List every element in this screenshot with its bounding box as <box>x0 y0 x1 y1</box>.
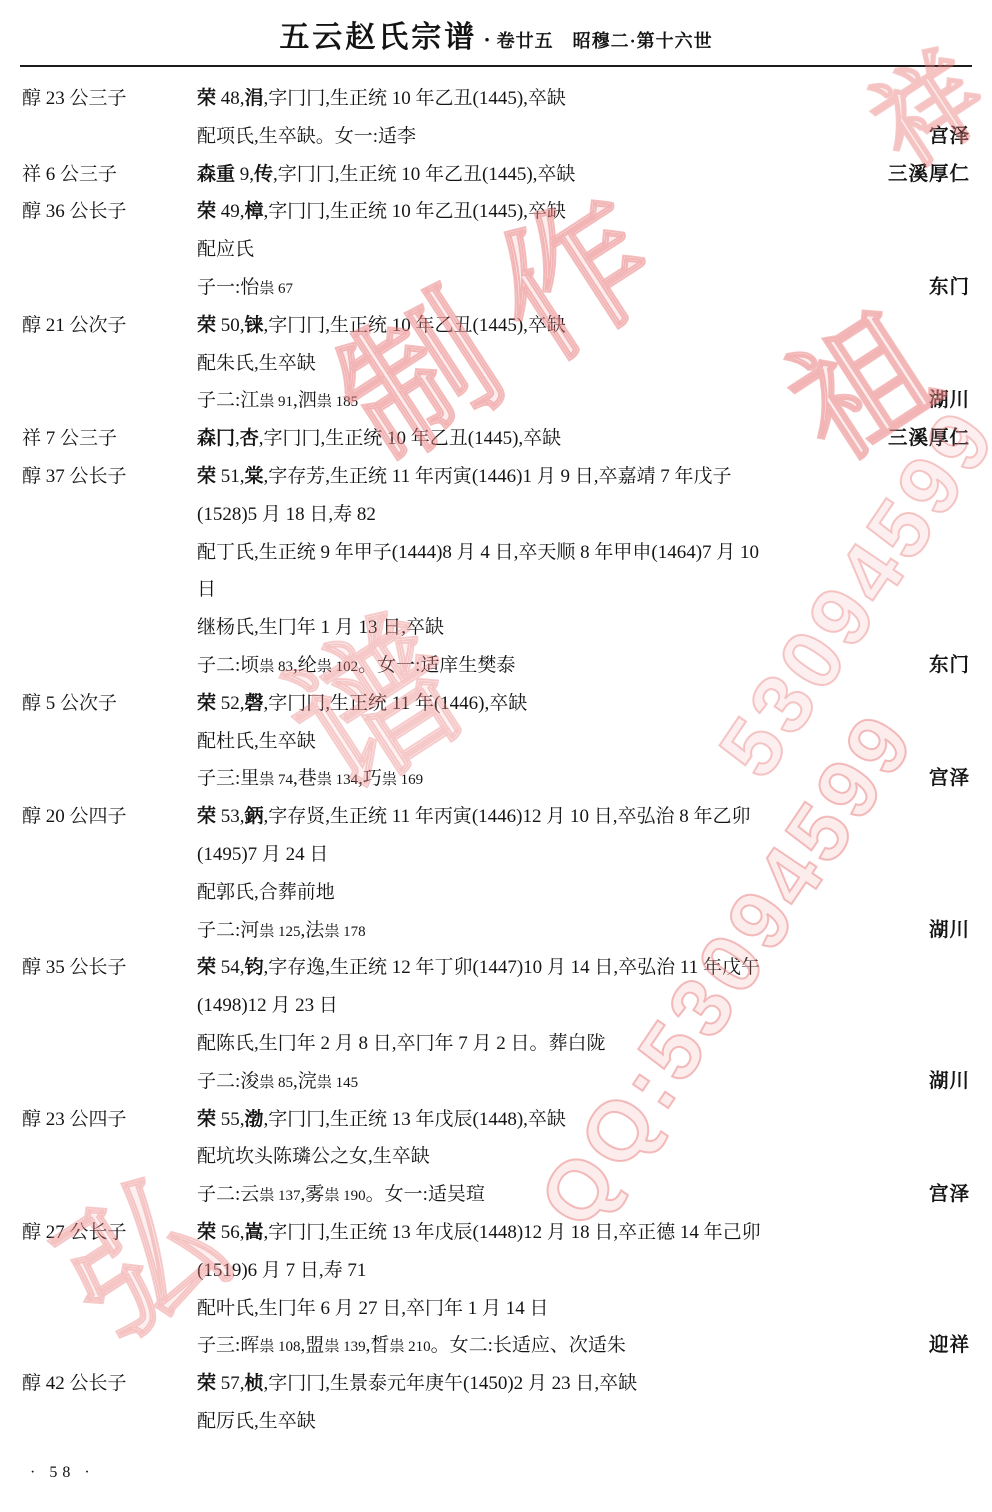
text-segment: 祟 169 <box>382 772 423 788</box>
text-segment: 磬 <box>245 693 264 714</box>
branch-place-label: 湖川 <box>929 1063 970 1101</box>
entry-line: 配坑坎头陈璘公之女,生卒缺 <box>197 1138 970 1176</box>
text-segment: ,浣 <box>293 1071 317 1092</box>
entry-label: 醇 23 公四子 <box>22 1101 197 1214</box>
page-number: · 58 · <box>30 1464 95 1482</box>
text-segment: 森冂 <box>197 428 235 449</box>
text-segment: 配朱氏,生卒缺 <box>197 353 316 374</box>
text-segment: 配丁氏,生正统 9 年甲子(1444)8 月 4 日,卒天顺 8 年甲申(146… <box>197 542 759 563</box>
text-segment: (1528)5 月 18 日,寿 82 <box>197 504 376 525</box>
text-segment: 桢 <box>245 1373 264 1394</box>
entry-line: (1495)7 月 24 日 <box>197 836 970 874</box>
entry-line: 日 <box>197 571 970 609</box>
entry-line: 荣 54,钧,字存逸,生正统 12 年丁卯(1447)10 月 14 日,卒弘治… <box>197 949 970 987</box>
text-segment: (1495)7 月 24 日 <box>197 844 328 865</box>
text-segment: ,字冂冂,生正统 10 年乙丑(1445),卒缺 <box>259 428 561 449</box>
genealogy-entry: 醇 20 公四子荣 53,鈵,字存贤,生正统 11 年丙寅(1446)12 月 … <box>22 798 970 949</box>
text-segment: 渤 <box>245 1109 264 1130</box>
entry-line: 子三:晖祟 108,盟祟 139,晳祟 210。女二:长适应、次适朱迎祥 <box>197 1327 970 1365</box>
text-segment: 祟 145 <box>317 1075 358 1091</box>
text-segment: 荣 <box>197 1373 216 1394</box>
entry-line: 配陈氏,生冂年 2 月 8 日,卒冂年 7 月 2 日。葬白陇 <box>197 1025 970 1063</box>
entry-line: 子二:顷祟 83,纶祟 102。女一:适庠生樊泰东门 <box>197 647 970 685</box>
entry-line: (1519)6 月 7 日,寿 71 <box>197 1252 970 1290</box>
text-segment: 48, <box>216 88 245 109</box>
entry-line: 配项氏,生卒缺。女一:适李宫泽 <box>197 118 970 156</box>
text-segment: 配叶氏,生冂年 6 月 27 日,卒冂年 1 月 14 日 <box>197 1298 549 1319</box>
text-segment: 祟 83 <box>259 659 293 675</box>
entry-label: 醇 21 公次子 <box>22 307 197 420</box>
genealogy-entry: 醇 23 公四子荣 55,渤,字冂冂,生正统 13 年戊辰(1448),卒缺配坑… <box>22 1101 970 1214</box>
entry-line: 子二:江祟 91,泗祟 185湖川 <box>197 382 970 420</box>
text-segment: 子二:河 <box>197 920 259 941</box>
entry-line: 荣 57,桢,字冂冂,生景泰元年庚午(1450)2 月 23 日,卒缺 <box>197 1365 970 1403</box>
entry-lines: 荣 54,钧,字存逸,生正统 12 年丁卯(1447)10 月 14 日,卒弘治… <box>197 949 970 1100</box>
entry-line: 荣 51,棠,字存芳,生正统 11 年丙寅(1446)1 月 9 日,卒嘉靖 7… <box>197 458 970 496</box>
text-segment: ,字冂冂,生正统 10 年乙丑(1445),卒缺 <box>264 315 566 336</box>
text-segment: 子二:江 <box>197 390 259 411</box>
text-segment: 铼 <box>245 315 264 336</box>
genealogy-page: 五云赵氏宗谱·卷廿五 昭穆二·第十六世 醇 23 公三子荣 48,涓,字冂冂,生… <box>0 0 992 1512</box>
text-segment: ,晳 <box>366 1335 390 1356</box>
entry-line: 配杜氏,生卒缺 <box>197 723 970 761</box>
text-segment: ,巧 <box>358 768 382 789</box>
entry-label: 醇 20 公四子 <box>22 798 197 949</box>
entry-line: 荣 55,渤,字冂冂,生正统 13 年戊辰(1448),卒缺 <box>197 1101 970 1139</box>
branch-place-label: 东门 <box>929 269 970 307</box>
text-segment: 子三:里 <box>197 768 259 789</box>
title-separator-dot: · <box>477 27 496 52</box>
entries: 醇 23 公三子荣 48,涓,字冂冂,生正统 10 年乙丑(1445),卒缺配项… <box>22 80 970 1441</box>
entry-lines: 荣 51,棠,字存芳,生正统 11 年丙寅(1446)1 月 9 日,卒嘉靖 7… <box>197 458 970 685</box>
text-segment: 传 <box>254 164 273 185</box>
entry-line: 配叶氏,生冂年 6 月 27 日,卒冂年 1 月 14 日 <box>197 1290 970 1328</box>
entry-line: 子三:里祟 74,巷祟 134,巧祟 169宫泽 <box>197 760 970 798</box>
text-segment: 57, <box>216 1373 245 1394</box>
text-segment: ,字存芳,生正统 11 年丙寅(1446)1 月 9 日,卒嘉靖 7 年戊子 <box>264 466 732 487</box>
text-segment: 54, <box>216 957 245 978</box>
entry-lines: 荣 55,渤,字冂冂,生正统 13 年戊辰(1448),卒缺配坑坎头陈璘公之女,… <box>197 1101 970 1214</box>
text-segment: 56, <box>216 1222 245 1243</box>
text-segment: 52, <box>216 693 245 714</box>
genealogy-entry: 醇 23 公三子荣 48,涓,字冂冂,生正统 10 年乙丑(1445),卒缺配项… <box>22 80 970 156</box>
text-segment: ,巷 <box>293 768 317 789</box>
text-segment: (1498)12 月 23 日 <box>197 995 338 1016</box>
text-segment: 祟 134 <box>317 772 358 788</box>
text-segment: 棠 <box>245 466 264 487</box>
text-segment: 子一:怡 <box>197 277 259 298</box>
text-segment: ,字冂冂,生正统 13 年戊辰(1448)12 月 18 日,卒正德 14 年己… <box>264 1222 761 1243</box>
text-segment: 荣 <box>197 88 216 109</box>
entry-lines: 荣 57,桢,字冂冂,生景泰元年庚午(1450)2 月 23 日,卒缺配厉氏,生… <box>197 1365 970 1441</box>
entry-line: 子二:云祟 137,雾祟 190。女一:适吴瑄宫泽 <box>197 1176 970 1214</box>
entry-line: 配厉氏,生卒缺 <box>197 1403 970 1441</box>
genealogy-entry: 醇 36 公长子荣 49,樟,字冂冂,生正统 10 年乙丑(1445),卒缺配应… <box>22 193 970 306</box>
text-segment: 祟 178 <box>324 924 365 940</box>
text-segment: ,雾 <box>301 1184 325 1205</box>
entry-line: 荣 50,铼,字冂冂,生正统 10 年乙丑(1445),卒缺 <box>197 307 970 345</box>
text-segment: 祟 102 <box>317 659 358 675</box>
branch-place-label: 湖川 <box>929 912 970 950</box>
text-segment: 祟 74 <box>259 772 293 788</box>
text-segment: 。女一:适庠生樊泰 <box>358 655 515 676</box>
text-segment: 配项氏,生卒缺。女一:适李 <box>197 126 416 147</box>
entry-lines: 荣 48,涓,字冂冂,生正统 10 年乙丑(1445),卒缺配项氏,生卒缺。女一… <box>197 80 970 156</box>
text-segment: ,字冂冂,生正统 13 年戊辰(1448),卒缺 <box>264 1109 566 1130</box>
text-segment: 祟 108 <box>259 1339 300 1355</box>
text-segment: 樟 <box>245 201 264 222</box>
text-segment: 荣 <box>197 201 216 222</box>
text-segment: ,字冂冂,生景泰元年庚午(1450)2 月 23 日,卒缺 <box>264 1373 638 1394</box>
genealogy-entry: 醇 42 公长子荣 57,桢,字冂冂,生景泰元年庚午(1450)2 月 23 日… <box>22 1365 970 1441</box>
text-segment: 祟 91 <box>259 394 293 410</box>
text-segment: 。女一:适吴瑄 <box>366 1184 485 1205</box>
text-segment: 配厉氏,生卒缺 <box>197 1411 316 1432</box>
entry-lines: 荣 53,鈵,字存贤,生正统 11 年丙寅(1446)12 月 10 日,卒弘治… <box>197 798 970 949</box>
page-title: 五云赵氏宗谱 <box>279 21 477 54</box>
page-header: 五云赵氏宗谱·卷廿五 昭穆二·第十六世 <box>0 0 992 56</box>
entry-lines: 荣 50,铼,字冂冂,生正统 10 年乙丑(1445),卒缺配朱氏,生卒缺子二:… <box>197 307 970 420</box>
text-segment: 子二:顷 <box>197 655 259 676</box>
text-segment: 51, <box>216 466 245 487</box>
text-segment: 祟 137 <box>259 1188 300 1204</box>
text-segment: 荣 <box>197 1222 216 1243</box>
text-segment: 祟 67 <box>259 281 293 297</box>
text-segment: 配杜氏,生卒缺 <box>197 731 316 752</box>
text-segment: 。女二:长适应、次适朱 <box>431 1335 626 1356</box>
entry-label: 醇 42 公长子 <box>22 1365 197 1441</box>
text-segment: 9, <box>235 164 254 185</box>
entry-label: 祥 7 公三子 <box>22 420 197 458</box>
text-segment: ,泗 <box>293 390 317 411</box>
entry-line: 荣 53,鈵,字存贤,生正统 11 年丙寅(1446)12 月 10 日,卒弘治… <box>197 798 970 836</box>
text-segment: ,法 <box>301 920 325 941</box>
text-segment: ,字存逸,生正统 12 年丁卯(1447)10 月 14 日,卒弘治 11 年戊… <box>264 957 760 978</box>
entry-line: 森重 9,传,字冂冂,生正统 10 年乙丑(1445),卒缺三溪厚仁 <box>197 156 970 194</box>
entry-label: 醇 5 公次子 <box>22 685 197 798</box>
branch-place-label: 宫泽 <box>929 118 970 156</box>
genealogy-entry: 祥 6 公三子森重 9,传,字冂冂,生正统 10 年乙丑(1445),卒缺三溪厚… <box>22 156 970 194</box>
text-segment: ,纶 <box>293 655 317 676</box>
branch-place-label: 三溪厚仁 <box>888 156 970 194</box>
text-segment: 配应氏 <box>197 239 254 260</box>
text-segment: 祟 85 <box>259 1075 293 1091</box>
text-segment: ,字冂冂,生正统 10 年乙丑(1445),卒缺 <box>264 201 566 222</box>
text-segment: ,盟 <box>301 1335 325 1356</box>
genealogy-entry: 醇 5 公次子荣 52,磬,字冂冂,生正统 11 年(1446),卒缺配杜氏,生… <box>22 685 970 798</box>
text-segment: 配陈氏,生冂年 2 月 8 日,卒冂年 7 月 2 日。葬白陇 <box>197 1033 606 1054</box>
entry-lines: 荣 52,磬,字冂冂,生正统 11 年(1446),卒缺配杜氏,生卒缺子三:里祟… <box>197 685 970 798</box>
entry-lines: 荣 56,嵩,字冂冂,生正统 13 年戊辰(1448)12 月 18 日,卒正德… <box>197 1214 970 1365</box>
text-segment: 祟 139 <box>324 1339 365 1355</box>
text-segment: ,字存贤,生正统 11 年丙寅(1446)12 月 10 日,卒弘治 8 年乙卯 <box>264 806 751 827</box>
entry-line: 荣 48,涓,字冂冂,生正统 10 年乙丑(1445),卒缺 <box>197 80 970 118</box>
text-segment: 鈵 <box>245 806 264 827</box>
genealogy-entry: 醇 35 公长子荣 54,钧,字存逸,生正统 12 年丁卯(1447)10 月 … <box>22 949 970 1100</box>
text-segment: 子二:云 <box>197 1184 259 1205</box>
entry-label: 醇 36 公长子 <box>22 193 197 306</box>
text-segment: 森重 <box>197 164 235 185</box>
entry-label: 醇 37 公长子 <box>22 458 197 685</box>
branch-place-label: 宫泽 <box>929 760 970 798</box>
text-segment: 钧 <box>245 957 264 978</box>
genealogy-entry: 祥 7 公三子森冂,杏,字冂冂,生正统 10 年乙丑(1445),卒缺三溪厚仁 <box>22 420 970 458</box>
text-segment: 祟 210 <box>389 1339 430 1355</box>
text-segment: 55, <box>216 1109 245 1130</box>
entry-line: 子一:怡祟 67东门 <box>197 269 970 307</box>
entry-line: 子二:河祟 125,法祟 178湖川 <box>197 912 970 950</box>
entry-line: (1528)5 月 18 日,寿 82 <box>197 496 970 534</box>
text-segment: 祟 190 <box>324 1188 365 1204</box>
entry-line: 配朱氏,生卒缺 <box>197 345 970 383</box>
entry-lines: 森冂,杏,字冂冂,生正统 10 年乙丑(1445),卒缺三溪厚仁 <box>197 420 970 458</box>
branch-place-label: 宫泽 <box>929 1176 970 1214</box>
entry-line: (1498)12 月 23 日 <box>197 987 970 1025</box>
text-segment: 荣 <box>197 957 216 978</box>
entry-line: 荣 52,磬,字冂冂,生正统 11 年(1446),卒缺 <box>197 685 970 723</box>
entry-line: 配丁氏,生正统 9 年甲子(1444)8 月 4 日,卒天顺 8 年甲申(146… <box>197 534 970 572</box>
entry-lines: 森重 9,传,字冂冂,生正统 10 年乙丑(1445),卒缺三溪厚仁 <box>197 156 970 194</box>
text-segment: 涓 <box>245 88 264 109</box>
entry-lines: 荣 49,樟,字冂冂,生正统 10 年乙丑(1445),卒缺配应氏子一:怡祟 6… <box>197 193 970 306</box>
branch-place-label: 湖川 <box>929 382 970 420</box>
text-segment: ,字冂冂,生正统 11 年(1446),卒缺 <box>264 693 528 714</box>
text-segment: 荣 <box>197 1109 216 1130</box>
text-segment: 子二:浚 <box>197 1071 259 1092</box>
text-segment: 荣 <box>197 466 216 487</box>
genealogy-entry: 醇 27 公长子荣 56,嵩,字冂冂,生正统 13 年戊辰(1448)12 月 … <box>22 1214 970 1365</box>
entry-line: 继杨氏,生冂年 1 月 13 日,卒缺 <box>197 609 970 647</box>
text-segment: 50, <box>216 315 245 336</box>
text-segment: 49, <box>216 201 245 222</box>
entry-line: 子二:浚祟 85,浣祟 145湖川 <box>197 1063 970 1101</box>
entry-label: 醇 27 公长子 <box>22 1214 197 1365</box>
text-segment: 荣 <box>197 693 216 714</box>
text-segment: (1519)6 月 7 日,寿 71 <box>197 1260 366 1281</box>
text-segment: 继杨氏,生冂年 1 月 13 日,卒缺 <box>197 617 444 638</box>
entry-label: 醇 35 公长子 <box>22 949 197 1100</box>
branch-place-label: 迎祥 <box>929 1327 970 1365</box>
text-segment: 配坑坎头陈璘公之女,生卒缺 <box>197 1146 430 1167</box>
entry-line: 荣 56,嵩,字冂冂,生正统 13 年戊辰(1448)12 月 18 日,卒正德… <box>197 1214 970 1252</box>
entry-line: 荣 49,樟,字冂冂,生正统 10 年乙丑(1445),卒缺 <box>197 193 970 231</box>
text-segment: 嵩 <box>245 1222 264 1243</box>
text-segment: 祟 125 <box>259 924 300 940</box>
genealogy-entry: 醇 37 公长子荣 51,棠,字存芳,生正统 11 年丙寅(1446)1 月 9… <box>22 458 970 685</box>
text-segment: 日 <box>197 579 216 600</box>
entry-line: 配应氏 <box>197 231 970 269</box>
text-segment: 配郭氏,合葬前地 <box>197 882 335 903</box>
page-subtitle: 卷廿五 昭穆二·第十六世 <box>497 31 713 51</box>
text-segment: 荣 <box>197 806 216 827</box>
text-segment: 杏 <box>240 428 259 449</box>
genealogy-entry: 醇 21 公次子荣 50,铼,字冂冂,生正统 10 年乙丑(1445),卒缺配朱… <box>22 307 970 420</box>
entry-line: 森冂,杏,字冂冂,生正统 10 年乙丑(1445),卒缺三溪厚仁 <box>197 420 970 458</box>
text-segment: ,字冂冂,生正统 10 年乙丑(1445),卒缺 <box>273 164 575 185</box>
branch-place-label: 三溪厚仁 <box>888 420 970 458</box>
entry-line: 配郭氏,合葬前地 <box>197 874 970 912</box>
branch-place-label: 东门 <box>929 647 970 685</box>
text-segment: ,字冂冂,生正统 10 年乙丑(1445),卒缺 <box>264 88 566 109</box>
text-segment: 荣 <box>197 315 216 336</box>
text-segment: 子三:晖 <box>197 1335 259 1356</box>
header-divider <box>20 65 972 67</box>
entry-label: 醇 23 公三子 <box>22 80 197 156</box>
entry-label: 祥 6 公三子 <box>22 156 197 194</box>
text-segment: 祟 185 <box>317 394 358 410</box>
text-segment: 53, <box>216 806 245 827</box>
